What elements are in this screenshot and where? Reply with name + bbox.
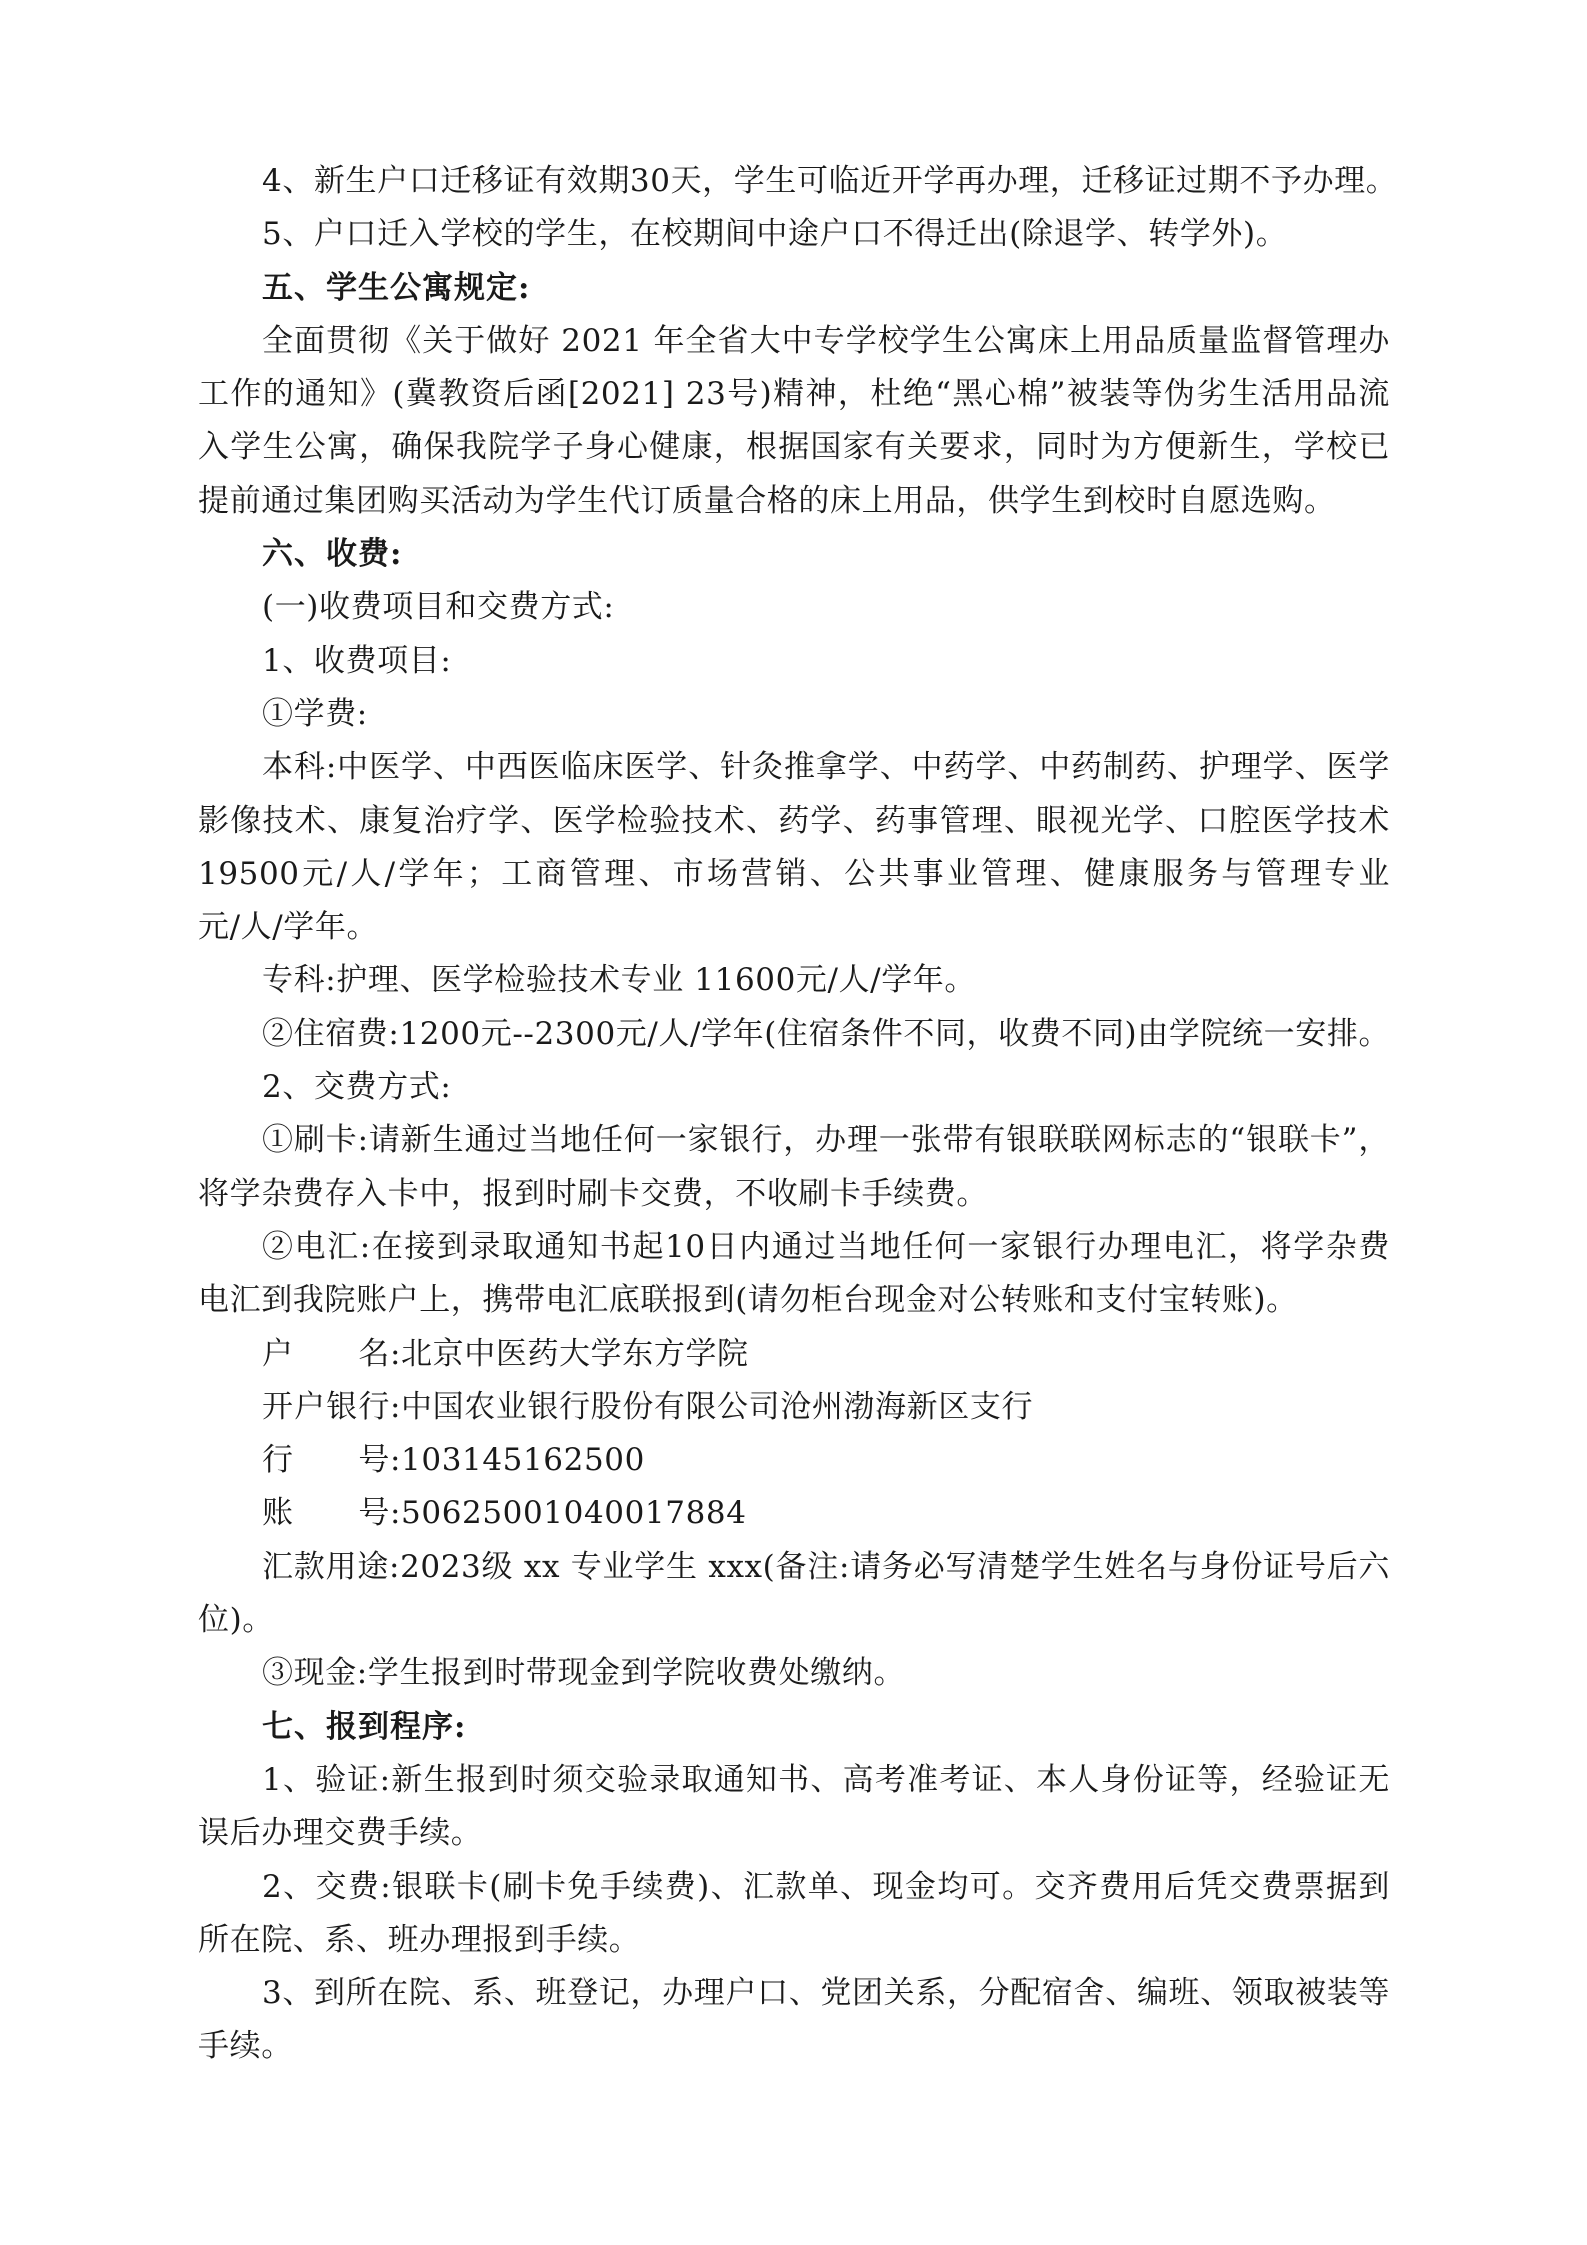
registration-step-line: 2、交费:银联卡(刷卡免手续费)、汇款单、现金均可。交齐费用后凭交费票据到 <box>198 1861 1390 1914</box>
registration-step-line: 所在院、系、班办理报到手续。 <box>198 1914 1390 1967</box>
section-heading-dorm: 五、学生公寓规定: <box>198 262 1390 315</box>
bank-account-name-row: 户名:北京中医药大学东方学院 <box>198 1328 1390 1381</box>
account-number-label: 账号 <box>262 1487 390 1540</box>
undergrad-fee-line: 19500元/人/学年；工商管理、市场营销、公共事业管理、健康服务与管理专业17… <box>198 848 1390 901</box>
registration-step-line: 手续。 <box>198 2020 1390 2073</box>
payment-title: 2、交费方式: <box>198 1061 1390 1114</box>
document-page: 4、新生户口迁移证有效期30天，学生可临近开学再办理，迁移证过期不予办理。 5、… <box>198 155 1390 2074</box>
college-fee: 专科:护理、医学检验技术专业 11600元/人/学年。 <box>198 954 1390 1007</box>
dorm-paragraph-line: 全面贯彻《关于做好 2021 年全省大中专学校学生公寓床上用品质量监督管理办法 <box>198 315 1390 368</box>
dorm-paragraph-line: 入学生公寓，确保我院学子身心健康，根据国家有关要求，同时为方便新生，学校已 <box>198 421 1390 474</box>
account-name-label: 户名 <box>262 1328 390 1381</box>
account-number-value: 50625001040017884 <box>401 1495 747 1531</box>
undergrad-fee-line: 元/人/学年。 <box>198 901 1390 954</box>
household-item-5: 5、户口迁入学校的学生，在校期间中途户口不得迁出(除退学、转学外)。 <box>198 208 1390 261</box>
bank-label: 开户银行 <box>262 1381 390 1434</box>
fees-subheading: (一)收费项目和交费方式: <box>198 581 1390 634</box>
registration-step-line: 1、验证:新生报到时须交验录取通知书、高考准考证、本人身份证等，经验证无 <box>198 1754 1390 1807</box>
remittance-purpose-line: 位)。 <box>198 1594 1390 1647</box>
account-name-value: 北京中医药大学东方学院 <box>401 1336 749 1372</box>
dorm-paragraph-line: 提前通过集团购买活动为学生代订质量合格的床上用品，供学生到校时自愿选购。 <box>198 475 1390 528</box>
wire-payment-line: 电汇到我院账户上，携带电汇底联报到(请勿柜台现金对公转账和支付宝转账)。 <box>198 1274 1390 1327</box>
tuition-title: ①学费: <box>198 688 1390 741</box>
bank-value: 中国农业银行股份有限公司沧州渤海新区支行 <box>401 1389 1033 1425</box>
bank-name-row: 开户银行:中国农业银行股份有限公司沧州渤海新区支行 <box>198 1381 1390 1434</box>
bank-number-row: 行号:103145162500 <box>198 1434 1390 1487</box>
cash-payment: ③现金:学生报到时带现金到学院收费处缴纳。 <box>198 1647 1390 1700</box>
card-payment-line: ①刷卡:请新生通过当地任何一家银行，办理一张带有银联联网标志的“银联卡”， <box>198 1114 1390 1167</box>
undergrad-fee-line: 本科:中医学、中西医临床医学、针灸推拿学、中药学、中药制药、护理学、医学 <box>198 741 1390 794</box>
wire-payment-line: ②电汇:在接到录取通知书起10日内通过当地任何一家银行办理电汇，将学杂费 <box>198 1221 1390 1274</box>
card-payment-line: 将学杂费存入卡中，报到时刷卡交费，不收刷卡手续费。 <box>198 1168 1390 1221</box>
colon: : <box>390 1336 401 1372</box>
account-number-row: 账号:50625001040017884 <box>198 1487 1390 1540</box>
colon: : <box>390 1389 401 1425</box>
undergrad-fee-line: 影像技术、康复治疗学、医学检验技术、药学、药事管理、眼视光学、口腔医学技术 <box>198 795 1390 848</box>
registration-step-line: 误后办理交费手续。 <box>198 1807 1390 1860</box>
household-item-4: 4、新生户口迁移证有效期30天，学生可临近开学再办理，迁移证过期不予办理。 <box>198 155 1390 208</box>
bank-number-value: 103145162500 <box>401 1442 645 1478</box>
remittance-purpose-line: 汇款用途:2023级 xx 专业学生 xxx(备注:请务必写清楚学生姓名与身份证… <box>198 1541 1390 1594</box>
bank-number-label: 行号 <box>262 1434 390 1487</box>
colon: : <box>390 1442 401 1478</box>
section-heading-fees: 六、收费: <box>198 528 1390 581</box>
dorm-paragraph-line: 工作的通知》(冀教资后函[2021] 23号)精神，杜绝“黑心棉”被装等伪劣生活… <box>198 368 1390 421</box>
fees-items-title: 1、收费项目: <box>198 635 1390 688</box>
dorm-fee: ②住宿费:1200元--2300元/人/学年(住宿条件不同，收费不同)由学院统一… <box>198 1008 1390 1061</box>
section-heading-registration: 七、报到程序: <box>198 1701 1390 1754</box>
colon: : <box>390 1495 401 1531</box>
registration-step-line: 3、到所在院、系、班登记，办理户口、党团关系，分配宿舍、编班、领取被装等 <box>198 1967 1390 2020</box>
